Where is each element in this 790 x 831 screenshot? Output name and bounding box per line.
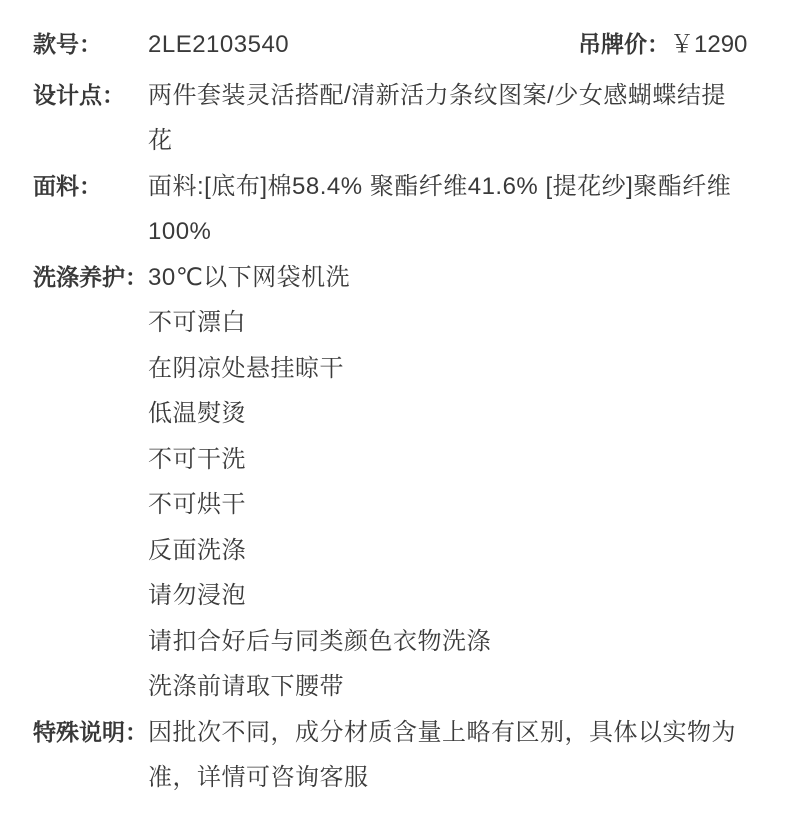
care-instruction: 不可干洗 <box>148 437 755 483</box>
style-no-label: 款号： <box>33 22 102 68</box>
design-points-line: 两件套装灵活搭配/清新活力条纹图案/少女感蝴蝶结提 <box>148 73 755 119</box>
spec-row-care: 洗涤养护： 30℃以下网袋机洗 不可漂白 在阴凉处悬挂晾干 低温熨烫 不可干洗 … <box>33 255 755 710</box>
design-points-label: 设计点： <box>33 73 125 119</box>
special-notes-label: 特殊说明： <box>33 710 148 756</box>
care-instruction: 30℃以下网袋机洗 <box>148 255 755 301</box>
special-notes-line: 准，详情可咨询客服 <box>148 755 755 801</box>
spec-row-design-points: 设计点： 两件套装灵活搭配/清新活力条纹图案/少女感蝴蝶结提 花 <box>33 73 755 164</box>
special-notes-line: 因批次不同，成分材质含量上略有区别，具体以实物为 <box>148 710 755 756</box>
care-instruction: 在阴凉处悬挂晾干 <box>148 346 755 392</box>
spec-row-fabric: 面料： 面料:[底布]棉58.4% 聚酯纤维41.6% [提花纱]聚酯纤维 10… <box>33 164 755 255</box>
spec-row-style-no: 款号： 2LE2103540 吊牌价：￥1290 <box>33 22 755 68</box>
care-instruction: 不可漂白 <box>148 300 755 346</box>
care-instruction: 低温熨烫 <box>148 391 755 437</box>
tag-price-group: 吊牌价：￥1290 <box>578 22 747 68</box>
care-instruction: 请勿浸泡 <box>148 573 755 619</box>
tag-price-label: 吊牌价： <box>578 31 670 57</box>
care-instruction: 反面洗涤 <box>148 528 755 574</box>
tag-price-value: ￥1290 <box>670 31 747 58</box>
care-instruction: 洗涤前请取下腰带 <box>148 664 755 710</box>
fabric-line: 面料:[底布]棉58.4% 聚酯纤维41.6% [提花纱]聚酯纤维 <box>148 164 755 210</box>
fabric-label: 面料： <box>33 164 102 210</box>
care-label: 洗涤养护： <box>33 255 148 301</box>
spec-row-special-notes: 特殊说明： 因批次不同，成分材质含量上略有区别，具体以实物为 准，详情可咨询客服 <box>33 710 755 801</box>
care-instruction: 不可烘干 <box>148 482 755 528</box>
care-instruction: 请扣合好后与同类颜色衣物洗涤 <box>148 619 755 665</box>
design-points-line: 花 <box>148 118 755 164</box>
fabric-line: 100% <box>148 209 755 255</box>
product-spec-panel: 款号： 2LE2103540 吊牌价：￥1290 设计点： 两件套装灵活搭配/清… <box>0 0 790 801</box>
